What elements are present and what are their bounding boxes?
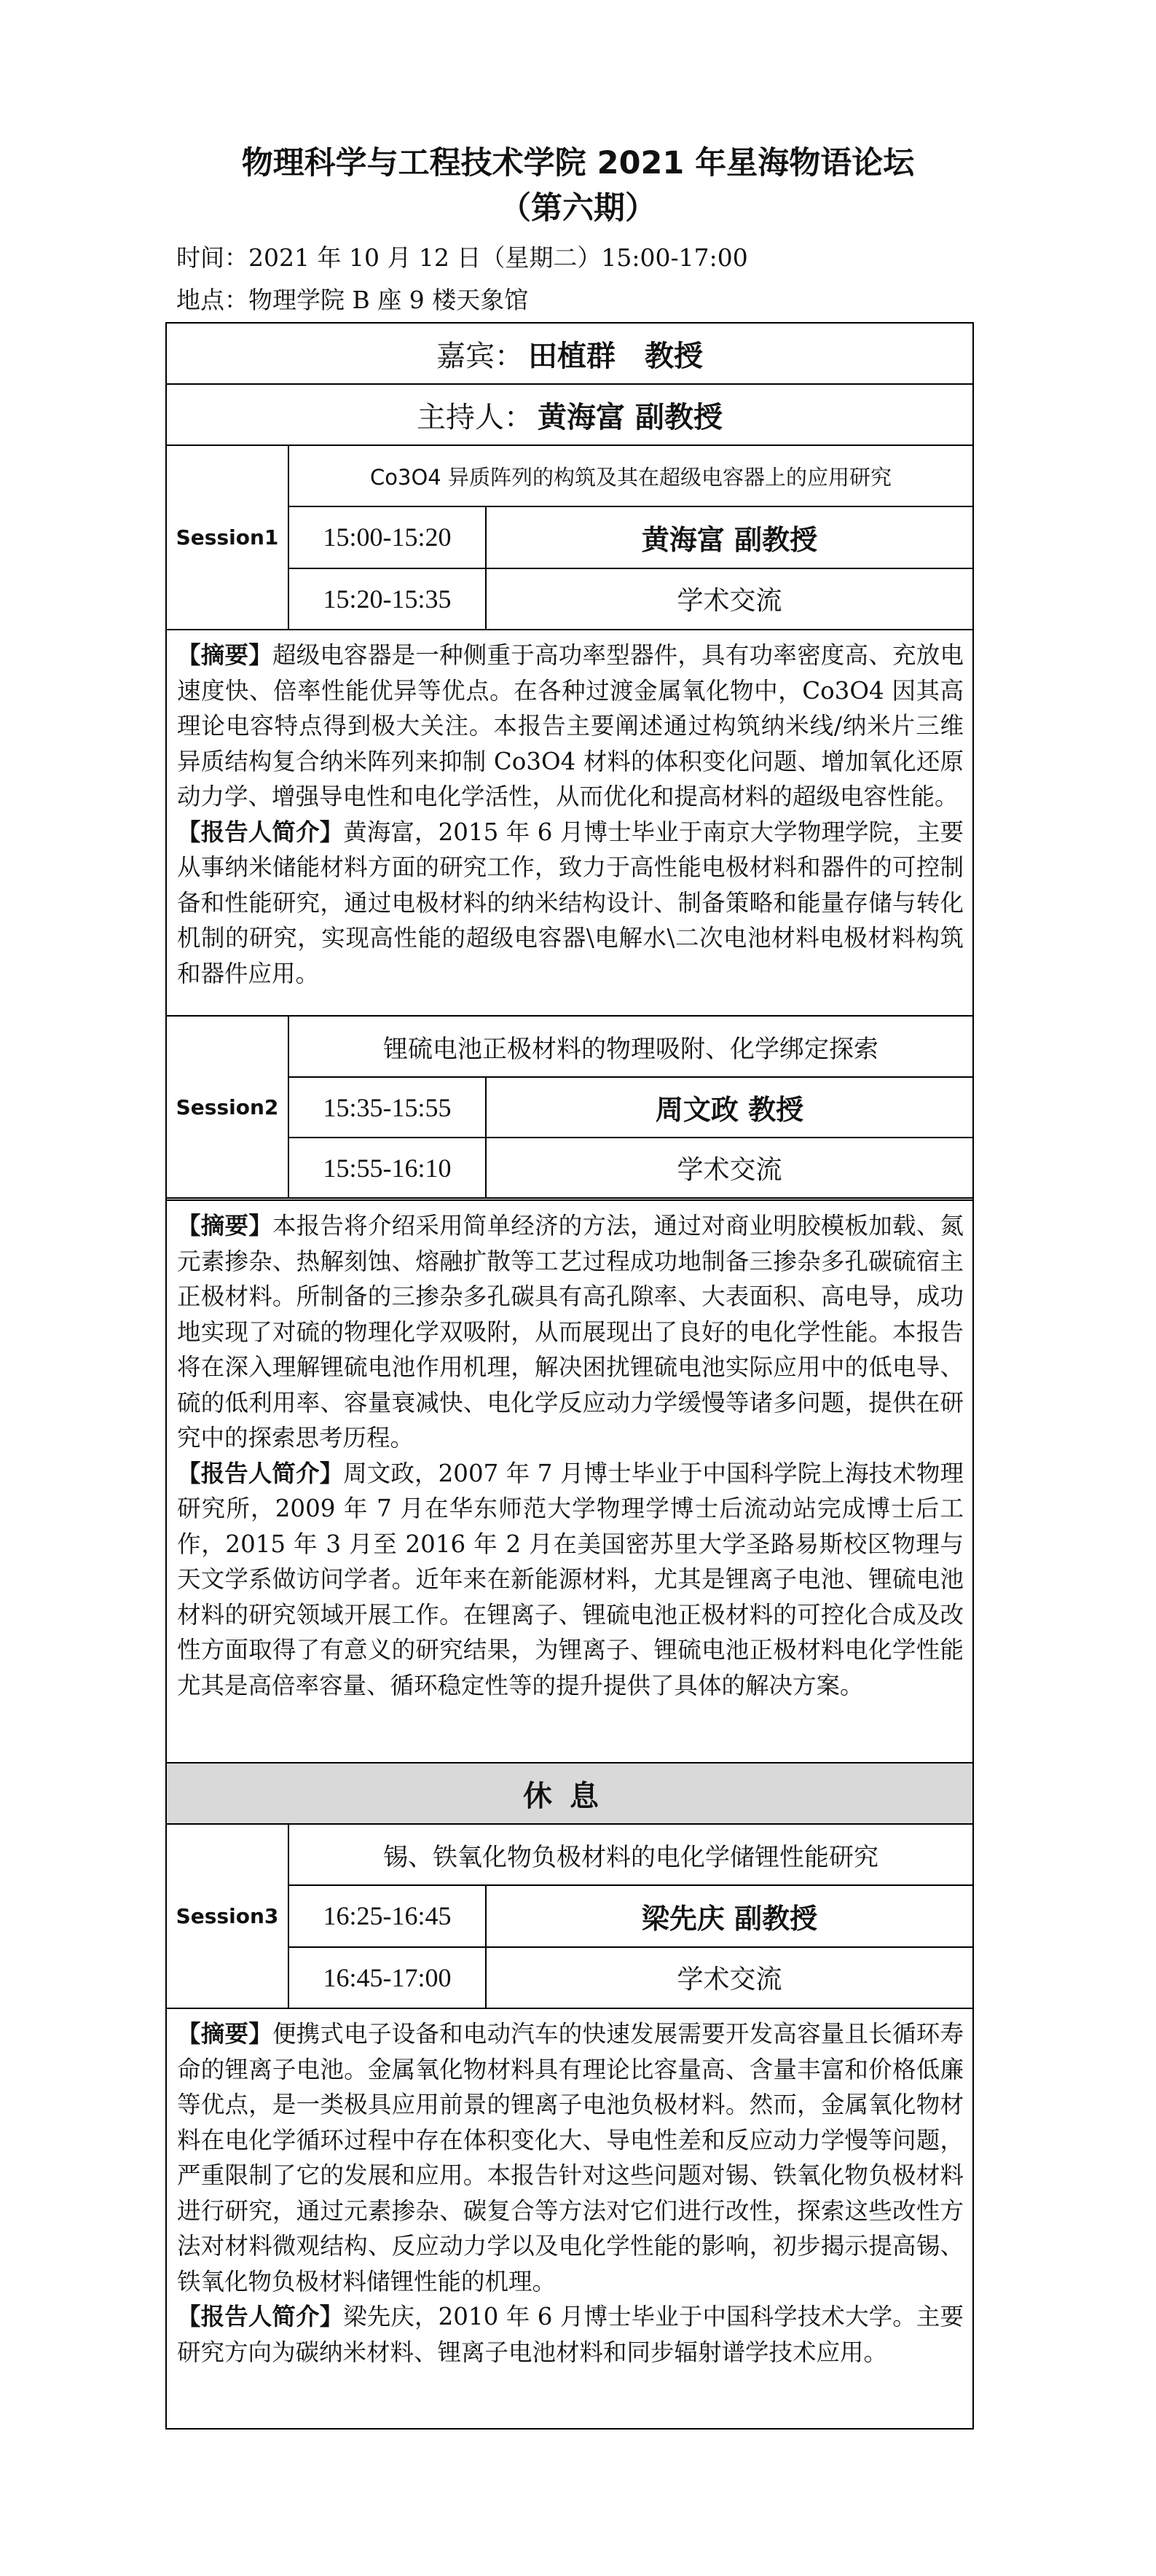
abstract-tag: 【摘要】: [177, 1211, 272, 1240]
discussion-time: 15:55-16:10: [289, 1138, 487, 1197]
session-label: Session2: [167, 1017, 289, 1197]
talk-slot: 15:35-15:55 周文政 教授: [289, 1078, 972, 1137]
break-label: 休息: [523, 1773, 616, 1814]
guest-name: 田植群 教授: [528, 333, 703, 375]
bio-tag: 【报告人简介】: [177, 818, 343, 846]
discussion-time: 16:45-17:00: [289, 1948, 487, 2008]
event-place: 地点：物理学院 B 座 9 楼天象馆: [176, 284, 528, 316]
page-subtitle-issue: （第六期）: [0, 188, 1156, 229]
speaker-name: 黄海富 副教授: [487, 507, 972, 568]
session-topic: 锂硫电池正极材料的物理吸附、化学绑定探索: [289, 1017, 972, 1078]
session-1: Session1 Co3O4 异质阵列的构筑及其在超级电容器上的应用研究 15:…: [167, 446, 972, 630]
talk-slot: 16:25-16:45 梁先庆 副教授: [289, 1886, 972, 1946]
discussion-slot: 16:45-17:00 学术交流: [289, 1946, 972, 2008]
session-label: Session3: [167, 1825, 289, 2008]
talk-slot: 15:00-15:20 黄海富 副教授: [289, 507, 972, 568]
host-name: 黄海富 副教授: [538, 394, 723, 436]
session-2: Session2 锂硫电池正极材料的物理吸附、化学绑定探索 15:35-15:5…: [167, 1017, 972, 1201]
guest-row: 嘉宾： 田植群 教授: [167, 324, 972, 385]
speaker-name: 梁先庆 副教授: [487, 1886, 972, 1946]
bio-tag: 【报告人简介】: [177, 1459, 343, 1487]
session-3: Session3 锡、铁氧化物负极材料的电化学储锂性能研究 16:25-16:4…: [167, 1825, 972, 2009]
talk-time: 15:35-15:55: [289, 1078, 487, 1137]
abstract-tag: 【摘要】: [177, 2019, 272, 2048]
discussion-slot: 15:20-15:35 学术交流: [289, 568, 972, 630]
break-row: 休息: [167, 1763, 972, 1825]
talk-time: 15:00-15:20: [289, 507, 487, 568]
event-time: 时间：2021 年 10 月 12 日（星期二）15:00-17:00: [176, 242, 748, 274]
abstract-tag: 【摘要】: [177, 641, 272, 669]
schedule-table: 嘉宾： 田植群 教授 主持人： 黄海富 副教授 Session1 Co3O4 异…: [165, 322, 974, 2430]
bio-text: 周文政，2007 年 7 月博士毕业于中国科学院上海技术物理研究所，2009 年…: [177, 1460, 964, 1699]
discussion-time: 15:20-15:35: [289, 569, 487, 630]
abstract-text: 便携式电子设备和电动汽车的快速发展需要开发高容量且长循环寿命的锂离子电池。金属氧…: [177, 2020, 964, 2295]
abstract-text: 超级电容器是一种侧重于高功率型器件，具有功率密度高、充放电速度快、倍率性能优异等…: [177, 641, 964, 810]
host-row: 主持人： 黄海富 副教授: [167, 385, 972, 446]
abstract-text: 本报告将介绍采用简单经济的方法，通过对商业明胶模板加载、氮元素掺杂、热解刻蚀、熔…: [177, 1212, 964, 1452]
bio-tag: 【报告人简介】: [177, 2302, 343, 2330]
session-topic: 锡、铁氧化物负极材料的电化学储锂性能研究: [289, 1825, 972, 1886]
session-3-abstract: 【摘要】便携式电子设备和电动汽车的快速发展需要开发高容量且长循环寿命的锂离子电池…: [167, 2009, 972, 2428]
guest-label: 嘉宾：: [436, 333, 524, 375]
discussion-label: 学术交流: [487, 1948, 972, 2008]
discussion-slot: 15:55-16:10 学术交流: [289, 1137, 972, 1197]
discussion-label: 学术交流: [487, 569, 972, 630]
session-topic: Co3O4 异质阵列的构筑及其在超级电容器上的应用研究: [289, 446, 972, 507]
session-label: Session1: [167, 446, 289, 629]
speaker-name: 周文政 教授: [487, 1078, 972, 1137]
session-2-abstract: 【摘要】本报告将介绍采用简单经济的方法，通过对商业明胶模板加载、氮元素掺杂、热解…: [167, 1201, 972, 1763]
page-title: 物理科学与工程技术学院 2021 年星海物语论坛: [0, 143, 1156, 184]
talk-time: 16:25-16:45: [289, 1886, 487, 1946]
discussion-label: 学术交流: [487, 1138, 972, 1197]
session-1-abstract: 【摘要】超级电容器是一种侧重于高功率型器件，具有功率密度高、充放电速度快、倍率性…: [167, 630, 972, 1017]
host-label: 主持人：: [417, 394, 533, 436]
